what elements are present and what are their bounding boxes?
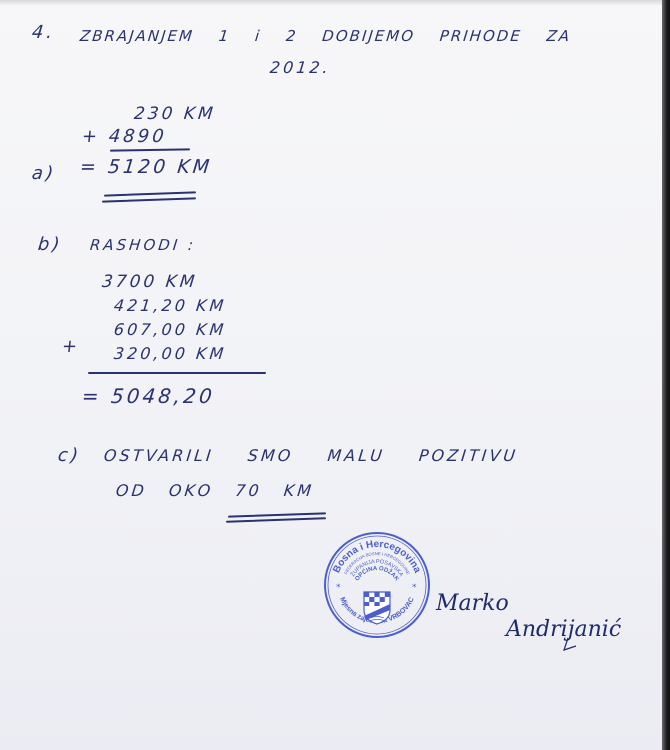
section-4-text: ZBRAJANJEM 1 i 2 DOBIJEMO PRIHODE ZA	[79, 27, 572, 45]
c-double-underline-2	[226, 517, 326, 522]
section-4-year: 2012.	[269, 58, 332, 77]
c-label: c)	[57, 445, 82, 466]
signature-line-1: Marko	[435, 591, 509, 616]
c-line-2: OD OKO 70 KM	[115, 481, 315, 500]
expense-item: 421,20 KM	[113, 296, 227, 315]
expense-item: 607,00 KM	[113, 320, 227, 339]
a-sum-rule	[110, 148, 190, 151]
scanned-page: 4. ZBRAJANJEM 1 i 2 DOBIJEMO PRIHODE ZA …	[0, 0, 662, 750]
scan-shadow-top	[0, 0, 662, 6]
a-double-underline-2	[102, 197, 196, 202]
a-double-underline-1	[104, 191, 196, 196]
signature-line-2: Andrijanić	[504, 617, 622, 642]
a-result: = 5120 KM	[79, 156, 214, 178]
b-sum-rule	[88, 372, 266, 374]
c-line-1: OSTVARILI SMO MALU POZITIVU	[103, 446, 519, 465]
svg-text:*: *	[412, 583, 417, 593]
expense-item: 320,00 KM	[113, 344, 227, 363]
section-4-number: 4.	[31, 22, 56, 43]
b-plus-operator: +	[61, 336, 81, 357]
svg-text:*: *	[336, 583, 341, 593]
b-result: = 5048,20	[81, 384, 216, 408]
a-label: a)	[31, 163, 57, 184]
signature-icon: Marko Andrijanić	[430, 582, 640, 654]
b-label: b)	[37, 234, 64, 255]
a-operand-1: 230 KM	[133, 104, 217, 124]
scan-edge-right	[662, 0, 670, 750]
expense-item: 3700 KM	[101, 272, 199, 292]
official-stamp-icon: Bosna i Hercegovina FEDERACIJA BOSNE I H…	[322, 530, 432, 640]
a-operand-2: + 4890	[81, 126, 168, 147]
b-title: RASHODI :	[89, 236, 197, 254]
